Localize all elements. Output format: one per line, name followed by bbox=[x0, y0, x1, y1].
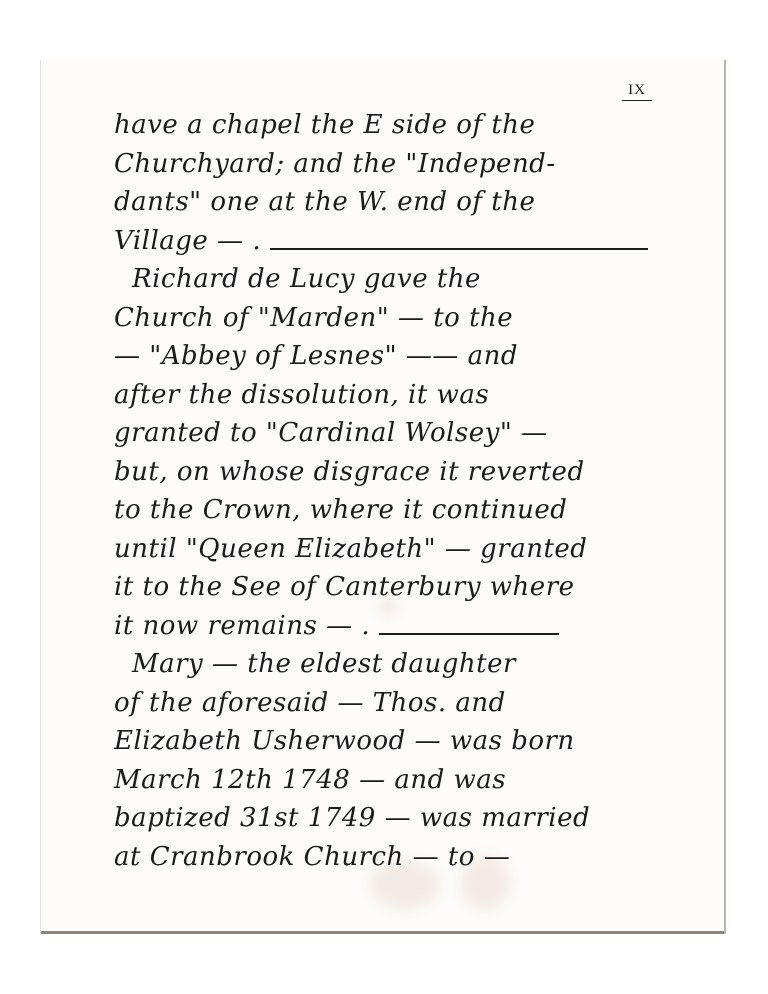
text-line: Richard de Lucy gave the bbox=[114, 260, 714, 299]
text-line: to the Crown, where it continued bbox=[114, 491, 714, 530]
line-filler-rule bbox=[379, 633, 559, 635]
text-line: dants" one at the W. end of the bbox=[114, 183, 714, 222]
text-line: at Cranbrook Church — to — bbox=[114, 838, 714, 877]
text-line: baptized 31st 1749 — was married bbox=[114, 799, 714, 838]
text-line: Mary — the eldest daughter bbox=[114, 645, 714, 684]
text-line: March 12th 1748 — and was bbox=[114, 761, 714, 800]
text-line: Village — . bbox=[114, 222, 714, 261]
text-line: until "Queen Elizabeth" — granted bbox=[114, 530, 714, 569]
text-line: after the dissolution, it was bbox=[114, 376, 714, 415]
text-line: of the aforesaid — Thos. and bbox=[114, 684, 714, 723]
text-line: granted to "Cardinal Wolsey" — bbox=[114, 414, 714, 453]
text-line: — "Abbey of Lesnes" —— and bbox=[114, 337, 714, 376]
text-line: but, on whose disgrace it reverted bbox=[114, 453, 714, 492]
manuscript-page: IX have a chapel the E side of the Churc… bbox=[40, 60, 726, 934]
text-line: it to the See of Canterbury where bbox=[114, 568, 714, 607]
handwritten-text: have a chapel the E side of the Churchya… bbox=[114, 106, 714, 876]
page-number: IX bbox=[622, 82, 652, 101]
text-line: Elizabeth Usherwood — was born bbox=[114, 722, 714, 761]
text-line: Churchyard; and the "Independ- bbox=[114, 145, 714, 184]
text-line: have a chapel the E side of the bbox=[114, 106, 714, 145]
text-line: Church of "Marden" — to the bbox=[114, 299, 714, 338]
line-filler-rule bbox=[270, 248, 648, 250]
text-line: it now remains — . bbox=[114, 607, 714, 646]
